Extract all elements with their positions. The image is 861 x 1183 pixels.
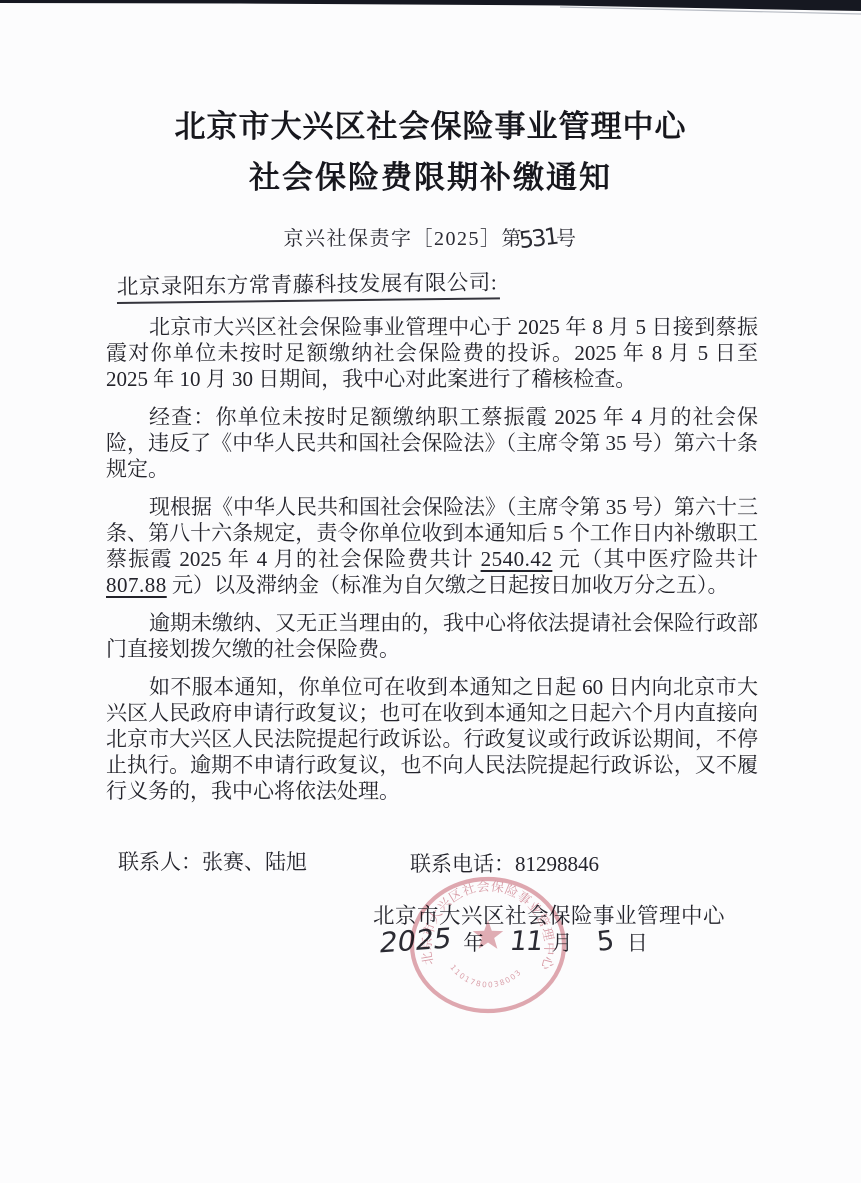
paragraph-enforcement: 逾期未缴纳、又无正当理由的，我中心将依法提请社会保险行政部门直接划拨欠缴的社会保… [106,610,758,662]
scan-dark-band [0,0,861,11]
doc-number-suffix: 号 [556,228,578,250]
day-unit: 日 [627,931,648,955]
medical-amount-value: 807.88 [106,573,167,597]
scanned-notice-page: 北京市大兴区社会保险事业管理中心 社会保险费限期补缴通知 京兴社保责字［2025… [0,0,861,1183]
paragraph-findings: 经查：你单位未按时足额缴纳职工蔡振霞 2025 年 4 月的社会保险，违反了《中… [106,404,758,482]
paragraph-payment-order: 现根据《中华人民共和国社会保险法》（主席令第 35 号）第六十三条、第八十六条规… [106,494,758,598]
paragraph-complaint-intro: 北京市大兴区社会保险事业管理中心于 2025 年 8 月 5 日接到蔡振霞对你单… [106,314,758,392]
contact-person: 联系人：张赛、陆旭 [118,850,307,874]
seal-star-icon [473,920,503,949]
order-text-after: 元）以及滞纳金（标准为自欠缴之日起按日加收万分之五）。 [167,573,729,597]
contact-row: 联系人：张赛、陆旭 联系电话：81298846 [118,846,758,876]
handwritten-day: 5 [595,925,615,958]
svg-text:1101780038003: 1101780038003 [448,963,523,989]
contact-person-label: 联系人： [118,850,202,874]
doc-number: 京兴社保责字［2025］第531号 [0,222,861,251]
document-title-line1: 北京市大兴区社会保险事业管理中心 [0,101,861,146]
doc-number-handwritten: 531 [518,224,559,254]
paragraph-appeal-rights: 如不服本通知，你单位可在收到本通知之日起 60 日内向北京市大兴区人民政府申请行… [106,674,758,804]
seal-code: 1101780038003 [448,963,523,989]
order-text-mid: 元（其中医疗险共计 [552,547,758,571]
scan-edge-artifact [0,0,861,18]
document-title-line2: 社会保险费限期补缴通知 [0,152,861,197]
contact-phone-label: 联系电话： [410,852,515,876]
total-amount-value: 2540.42 [481,547,553,571]
seal-ring [412,879,564,1011]
doc-number-prefix: 京兴社保责字［2025］第 [284,228,524,250]
contact-phone-number: 81298846 [515,852,599,876]
contact-person-names: 张赛、陆旭 [202,850,307,874]
official-seal: 北京市大兴区社会保险事业管理中心 1101780038003 [408,874,568,1016]
recipient-company-name: 北京录阳东方常青藤科技发展有限公司: [117,265,501,304]
notice-body: 北京市大兴区社会保险事业管理中心于 2025 年 8 月 5 日接到蔡振霞对你单… [106,314,758,816]
